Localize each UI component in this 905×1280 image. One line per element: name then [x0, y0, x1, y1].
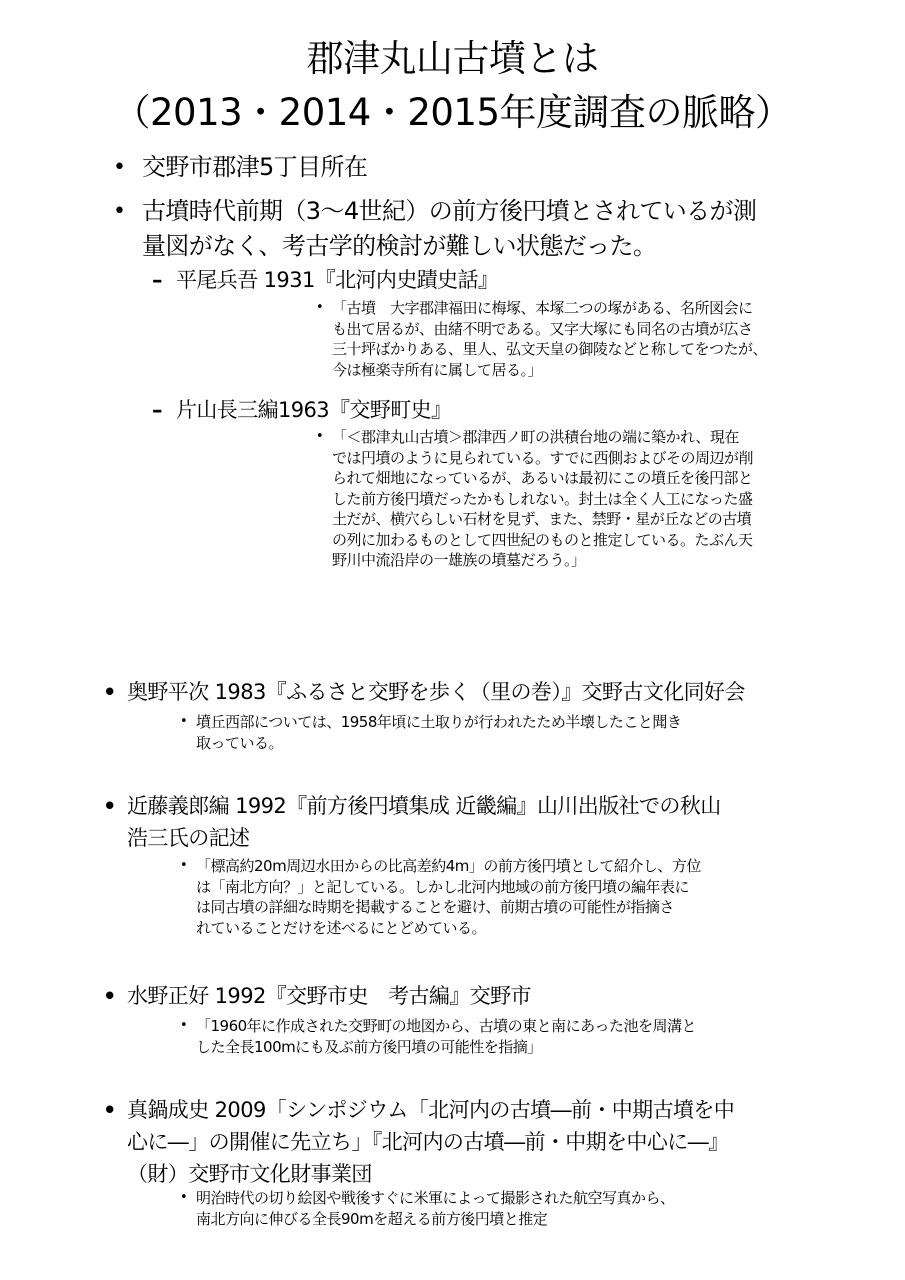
bullet-dot-icon: •: [180, 1188, 187, 1209]
ref-detail-text: 「標高約20m周辺水田からの比高差約4m」の前方後円墳として紹介し、方位 は「南…: [196, 857, 701, 937]
quote-text: 「古墳 大字郡津福田に梅塚、本塚二つの塚がある、名所図会に も出て居るが、由緒不…: [332, 299, 767, 379]
sub-bullet-text: 平尾兵吾 1931『北河内史蹟史話』: [176, 268, 498, 292]
ref-detail-text: 明治時代の切り絵図や戦後すぐに米軍によって撮影された航空写真から、 南北方向に伸…: [196, 1189, 675, 1228]
quote-hirao: • 「古墳 大字郡津福田に梅塚、本塚二つの塚がある、名所図会に も出て居るが、由…: [332, 298, 832, 380]
bullet-dot-icon: •: [103, 1094, 116, 1126]
ref-manabe-detail: • 明治時代の切り絵図や戦後すぐに米軍によって撮影された航空写真から、 南北方向…: [196, 1188, 836, 1229]
ref-okuno: • 奥野平次 1983『ふるさと交野を歩く（里の巻）』交野古文化同好会: [127, 676, 847, 708]
bullet-dot-icon: •: [316, 298, 323, 319]
ref-text: 水野正好 1992『交野市史 考古編』交野市: [127, 984, 531, 1008]
ref-detail-text: 「1960年に作成された交野町の地図から、古墳の東と南にあった池を周溝と した全…: [196, 1017, 696, 1056]
bullet-dot-icon: •: [113, 150, 125, 185]
dash-marker-icon: –: [152, 264, 162, 296]
dash-marker-icon: –: [152, 394, 162, 426]
ref-detail-text: 墳丘西部については、1958年頃に土取りが行われたため半壊したこと聞き 取ってい…: [196, 713, 681, 752]
title-line-1: 郡津丸山古墳とは: [0, 32, 905, 86]
bullet-dot-icon: •: [113, 194, 125, 229]
ref-manabe: • 真鍋成史 2009「シンポジウム「北河内の古墳―前・中期古墳を中 心に―」の…: [127, 1094, 847, 1190]
ref-kondo-detail: • 「標高約20m周辺水田からの比高差約4m」の前方後円墳として紹介し、方位 は…: [196, 856, 836, 938]
sub-bullet-hirao: – 平尾兵吾 1931『北河内史蹟史話』: [176, 264, 856, 296]
bullet-text: 交野市郡津5丁目所在: [142, 153, 367, 181]
bullet-period: • 古墳時代前期（3～4世紀）の前方後円墳とされているが測 量図がなく、考古学的…: [142, 194, 862, 264]
ref-mizuno: • 水野正好 1992『交野市史 考古編』交野市: [127, 980, 847, 1012]
ref-text: 真鍋成史 2009「シンポジウム「北河内の古墳―前・中期古墳を中 心に―」の開催…: [127, 1098, 734, 1186]
bullet-text: 古墳時代前期（3～4世紀）の前方後円墳とされているが測 量図がなく、考古学的検討…: [142, 197, 756, 260]
quote-text: 「＜郡津丸山古墳＞郡津西ノ町の洪積台地の端に築かれ、現在 では円墳のように見られ…: [332, 428, 753, 569]
slide-title: 郡津丸山古墳とは （2013・2014・2015年度調査の脈略）: [0, 32, 905, 140]
ref-kondo: • 近藤義郎編 1992『前方後円墳集成 近畿編』山川出版社での秋山 浩三氏の記…: [127, 790, 847, 854]
ref-text: 奥野平次 1983『ふるさと交野を歩く（里の巻）』交野古文化同好会: [127, 680, 745, 704]
bullet-dot-icon: •: [103, 676, 116, 708]
bullet-dot-icon: •: [316, 427, 323, 448]
bullet-dot-icon: •: [180, 1016, 187, 1037]
bullet-location: • 交野市郡津5丁目所在: [142, 150, 842, 185]
title-line-2: （2013・2014・2015年度調査の脈略）: [0, 86, 905, 140]
ref-mizuno-detail: • 「1960年に作成された交野町の地図から、古墳の東と南にあった池を周溝と し…: [196, 1016, 836, 1057]
sub-bullet-katayama: – 片山長三編1963『交野町史』: [176, 394, 856, 426]
ref-okuno-detail: • 墳丘西部については、1958年頃に土取りが行われたため半壊したこと聞き 取っ…: [196, 712, 836, 753]
bullet-dot-icon: •: [180, 856, 187, 877]
quote-katayama: • 「＜郡津丸山古墳＞郡津西ノ町の洪積台地の端に築かれ、現在 では円墳のように見…: [332, 427, 832, 571]
bullet-dot-icon: •: [180, 712, 187, 733]
bullet-dot-icon: •: [103, 790, 116, 822]
ref-text: 近藤義郎編 1992『前方後円墳集成 近畿編』山川出版社での秋山 浩三氏の記述: [127, 794, 721, 850]
sub-bullet-text: 片山長三編1963『交野町史』: [176, 398, 451, 422]
bullet-dot-icon: •: [103, 980, 116, 1012]
